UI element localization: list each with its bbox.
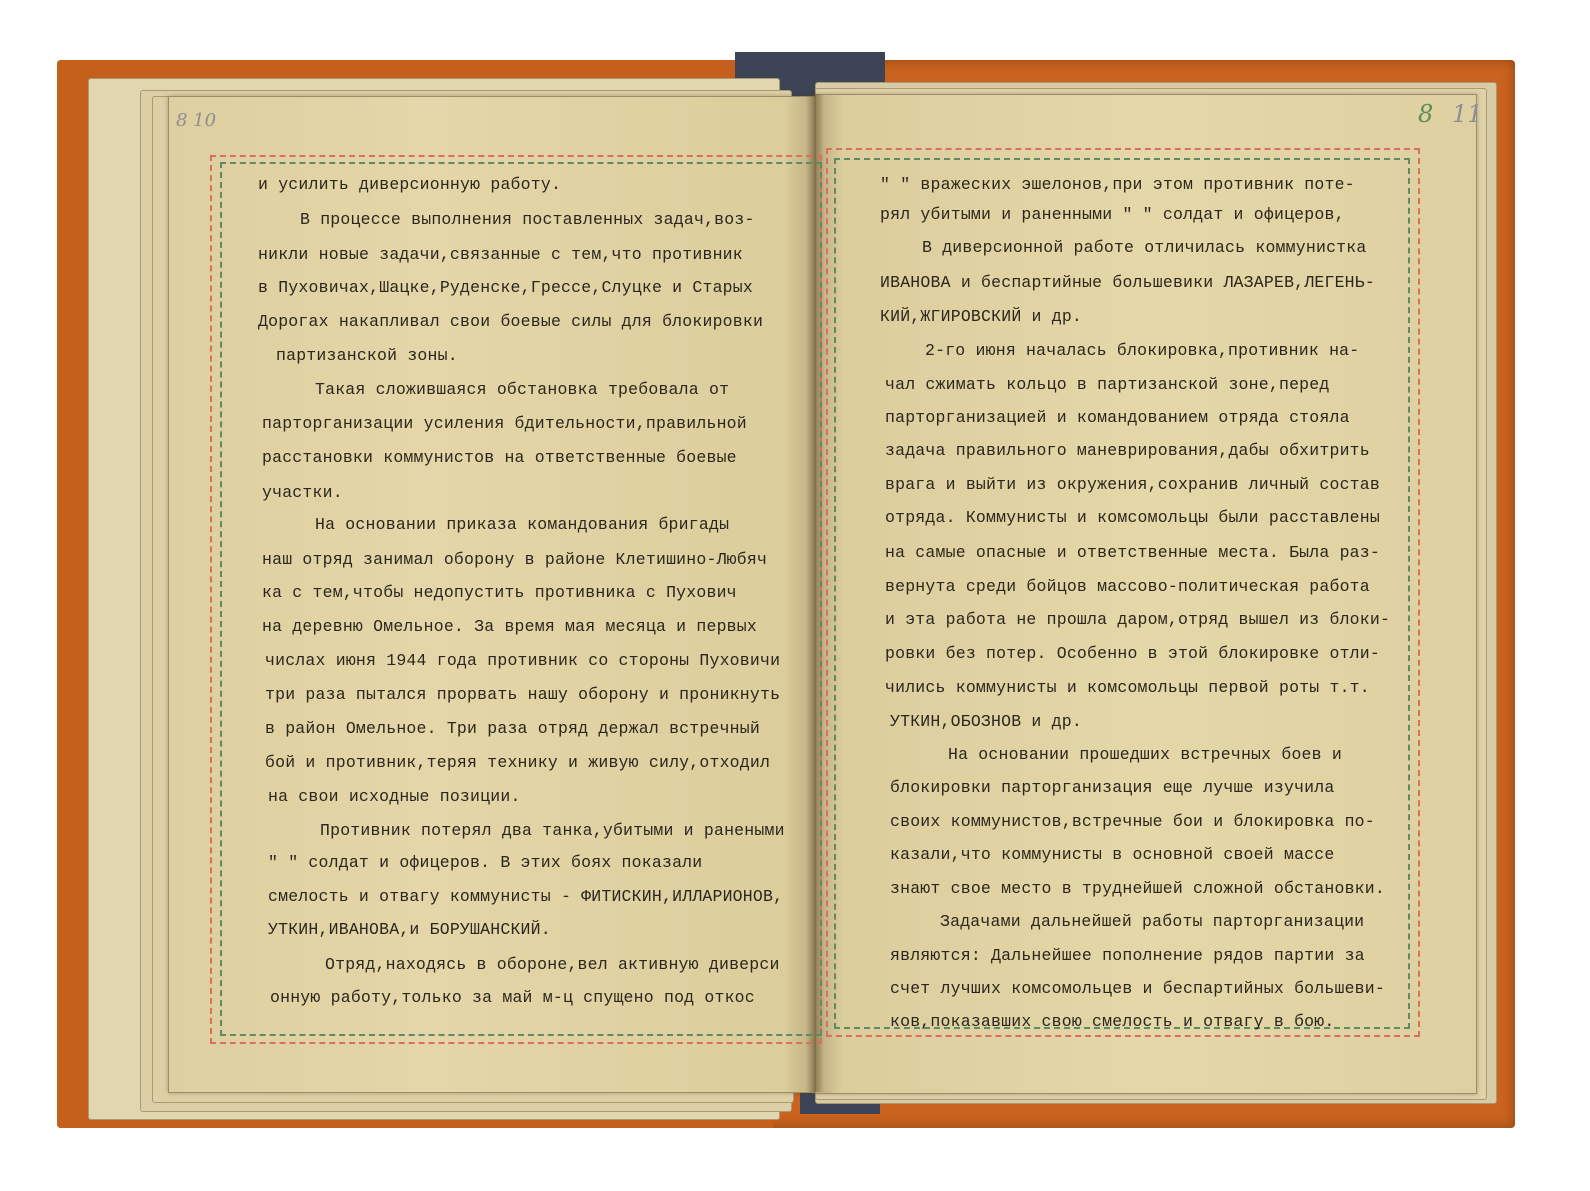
text-line: На основании прошедших встречных боев и (948, 745, 1342, 764)
text-line: ИВАНОВА и беспартийные большевики ЛАЗАРЕ… (880, 273, 1375, 292)
text-line: на свои исходные позиции. (268, 787, 521, 806)
text-line: ков,показавших свою смелость и отвагу в … (890, 1012, 1334, 1031)
text-line: расстановки коммунистов на ответственные… (262, 448, 737, 467)
text-line: парторганизацией и командованием отряда … (885, 408, 1350, 427)
text-line: отряда. Коммунисты и комсомольцы были ра… (885, 508, 1380, 527)
text-line: В диверсионной работе отличилась коммуни… (922, 238, 1366, 257)
text-line: являются: Дальнейшее пополнение рядов па… (890, 946, 1365, 965)
text-line: На основании приказа командования бригад… (315, 515, 729, 534)
text-line: врага и выйти из окружения,сохранив личн… (885, 475, 1380, 494)
text-line: задача правильного маневрирования,дабы о… (885, 441, 1370, 460)
text-line: в район Омельное. Три раза отряд держал … (265, 719, 760, 738)
text-line: и усилить диверсионную работу. (258, 175, 561, 194)
text-line: УТКИН,ОБОЗНОВ и др. (890, 712, 1082, 731)
text-line: В процессе выполнения поставленных задач… (300, 210, 755, 229)
text-line: рял убитыми и раненными " " солдат и офи… (880, 205, 1345, 224)
text-line: Такая сложившаяся обстановка требовала о… (315, 380, 729, 399)
text-line: партизанской зоны. (276, 346, 458, 365)
text-line: Отряд,находясь в обороне,вел активную ди… (325, 955, 780, 974)
text-line: парторганизации усиления бдительности,пр… (262, 414, 747, 433)
text-line: ровки без потер. Особенно в этой блокиро… (885, 644, 1380, 663)
text-line: УТКИН,ИВАНОВА,и БОРУШАНСКИЙ. (268, 920, 551, 939)
text-line: знают свое место в труднейшей сложной об… (890, 879, 1385, 898)
text-line: наш отряд занимал оборону в районе Клети… (262, 550, 767, 569)
text-line: КИЙ,ЖГИРОВСКИЙ и др. (880, 307, 1082, 326)
right-folio-green: 8 (1418, 100, 1433, 128)
text-line: на самые опасные и ответственные места. … (885, 543, 1380, 562)
text-line: " " вражеских эшелонов,при этом противни… (880, 175, 1355, 194)
text-line: и эта работа не прошла даром,отряд вышел… (885, 610, 1390, 629)
text-line: никли новые задачи,связанные с тем,что п… (258, 245, 743, 264)
text-line: онную работу,только за май м-ц спущено п… (270, 988, 755, 1007)
text-line: на деревню Омельное. За время мая месяца… (262, 617, 757, 636)
text-line: счет лучших комсомольцев и беспартийных … (890, 979, 1385, 998)
text-line: своих коммунистов,встречные бои и блокир… (890, 812, 1375, 831)
text-line: 2-го июня началась блокировка,противник … (925, 341, 1359, 360)
text-line: Противник потерял два танка,убитыми и ра… (320, 821, 785, 840)
text-line: в Пуховичах,Шацке,Руденске,Грессе,Слуцке… (258, 278, 753, 297)
text-line: три раза пытался прорвать нашу оборону и… (265, 685, 780, 704)
text-line: Дорогах накапливал свои боевые силы для … (258, 312, 763, 331)
text-line: бой и противник,теряя технику и живую си… (265, 753, 770, 772)
text-line: " " солдат и офицеров. В этих боях показ… (268, 853, 702, 872)
text-line: числах июня 1944 года противник со сторо… (265, 651, 780, 670)
text-line: участки. (262, 483, 343, 502)
text-line: блокировки парторганизация еще лучше изу… (890, 778, 1334, 797)
text-line: чал сжимать кольцо в партизанской зоне,п… (885, 375, 1329, 394)
text-line: Задачами дальнейшей работы парторганизац… (940, 912, 1364, 931)
left-folio-number: 8 10 (176, 110, 216, 131)
text-line: ка с тем,чтобы недопустить противника с … (262, 583, 737, 602)
text-line: смелость и отвагу коммунисты - ФИТИСКИН,… (268, 887, 783, 906)
text-line: чились коммунисты и комсомольцы первой р… (885, 678, 1370, 697)
text-line: казали,что коммунисты в основной своей м… (890, 845, 1334, 864)
text-line: вернута среди бойцов массово-политическа… (885, 577, 1370, 596)
right-folio-grey: 11 (1452, 100, 1483, 128)
